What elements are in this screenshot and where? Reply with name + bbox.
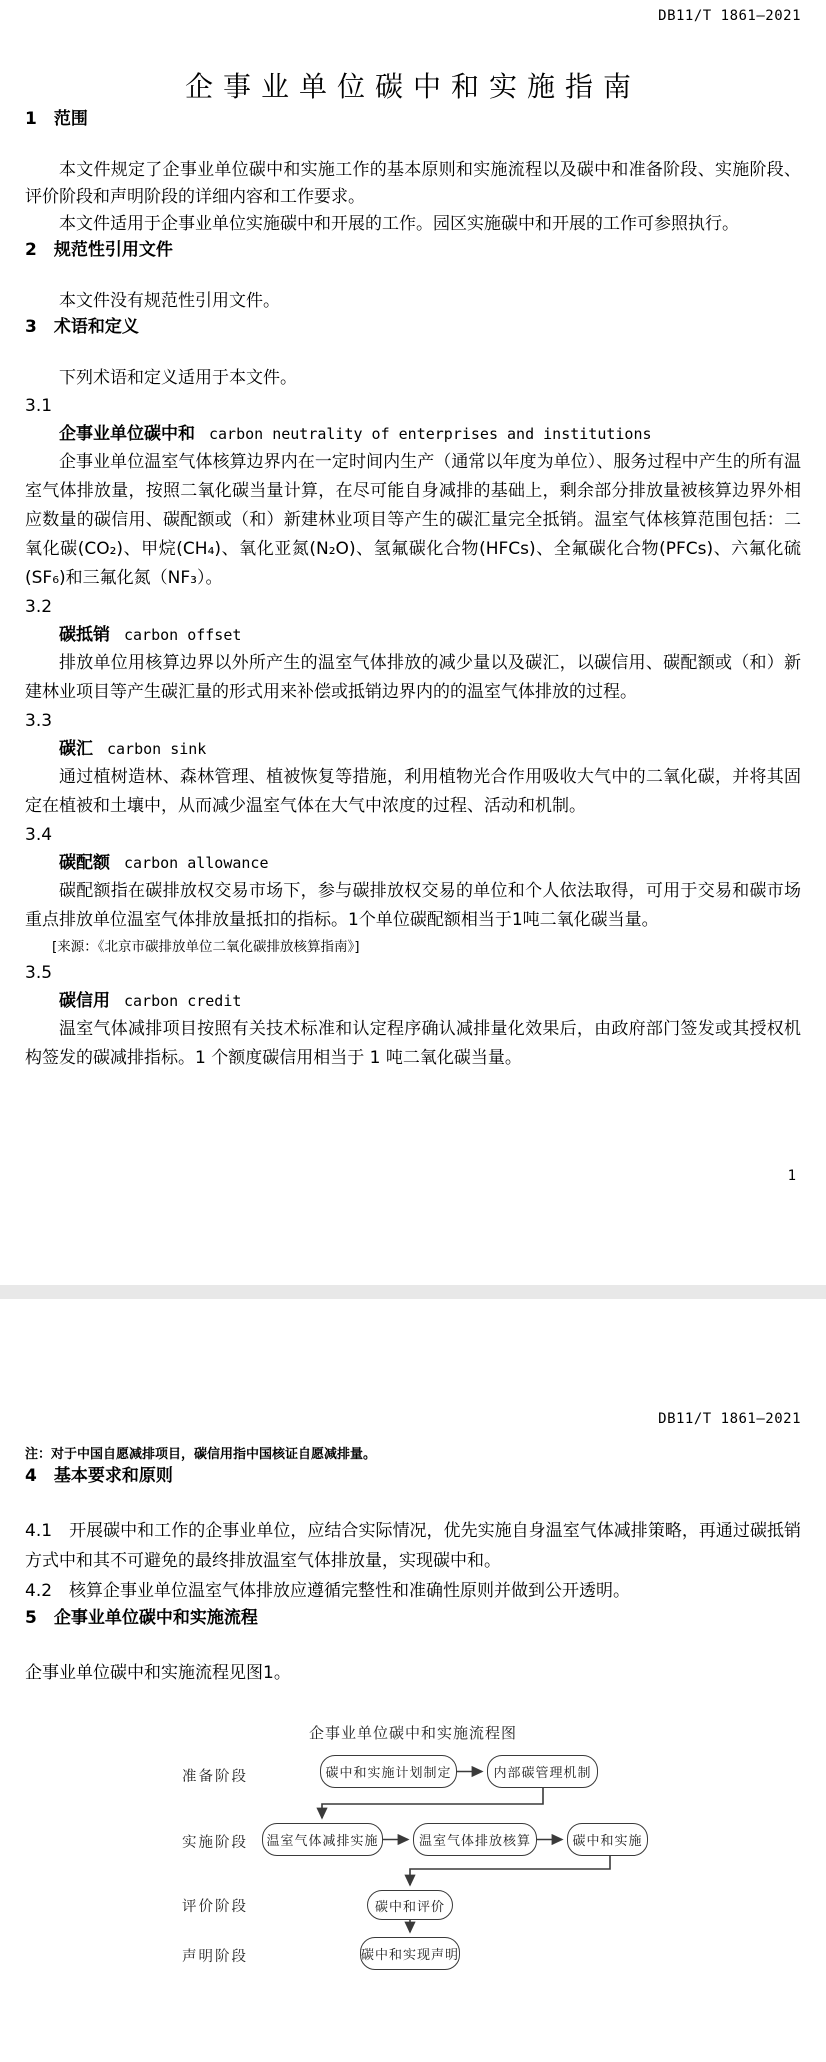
term-3-3-definition: 通过植树造林、森林管理、植被恢复等措施，利用植物光合作用吸收大气中的二氧化碳，并… [25,763,801,821]
term-3-4-number: 3.4 [25,821,801,849]
stage-label-preparation: 准备阶段 [182,1765,252,1786]
section-4-heading: 4 基本要求和原则 [25,1464,801,1488]
flow-box-carbon-neutrality-evaluation: 碳中和评价 [367,1890,453,1920]
section-3-intro: 下列术语和定义适用于本文件。 [25,365,801,392]
term-3-5-en: carbon credit [124,992,241,1010]
stage-label-evaluation: 评价阶段 [182,1895,252,1916]
term-3-1-title: 企事业单位碳中和carbon neutrality of enterprises… [25,420,801,448]
section-3-heading: 3 术语和定义 [25,315,801,339]
term-3-2-title: 碳抵销carbon offset [25,621,801,649]
term-3-3-title: 碳汇carbon sink [25,735,801,763]
stage-label-declaration: 声明阶段 [182,1945,252,1966]
term-3-5-number: 3.5 [25,959,801,987]
stage-label-implementation: 实施阶段 [182,1831,252,1852]
term-3-1-number: 3.1 [25,392,801,420]
section-1-paragraph-2: 本文件适用于企事业单位实施碳中和开展的工作。园区实施碳中和开展的工作可参照执行。 [25,211,801,238]
term-3-4-source: [来源：《北京市碳排放单位二氧化碳排放核算指南》] [52,935,801,959]
flow-box-ghg-emission-accounting: 温室气体排放核算 [413,1823,537,1856]
section-5-intro: 企事业单位碳中和实施流程见图1。 [25,1658,801,1688]
term-3-4-definition: 碳配额指在碳排放权交易市场下，参与碳排放权交易的单位和个人依法取得，可用于交易和… [25,877,801,935]
page1-page-number: 1 [788,1168,796,1184]
term-3-5-definition: 温室气体减排项目按照有关技术标准和认定程序确认减排量化效果后，由政府部门签发或其… [25,1015,801,1073]
flow-box-ghg-reduction-implementation: 温室气体减排实施 [262,1823,383,1856]
term-3-4-zh: 碳配额 [59,853,110,873]
term-3-5-zh: 碳信用 [59,991,110,1011]
document-page-1: DB11/T 1861—2021 企事业单位碳中和实施指南 1 范围 本文件规定… [0,0,826,1285]
document-title: 企事业单位碳中和实施指南 [25,67,801,107]
credit-note: 注：对于中国自愿减排项目，碳信用指中国核证自愿减排量。 [25,1446,801,1464]
flow-box-plan-formulation: 碳中和实施计划制定 [320,1755,457,1788]
term-3-5: 3.5 碳信用carbon credit 温室气体减排项目按照有关技术标准和认定… [25,959,801,1073]
flow-box-carbon-neutrality-implementation: 碳中和实施 [567,1823,648,1856]
carbon-neutrality-flowchart: 企事业单位碳中和实施流程图 准备阶段 实施阶段 评价阶段 声明阶段 碳中和实施计… [0,1714,826,1994]
section-2-heading: 2 规范性引用文件 [25,238,801,262]
term-3-2-en: carbon offset [124,626,241,644]
term-3-1-definition: 企事业单位温室气体核算边界内在一定时间内生产（通常以年度为单位）、服务过程中产生… [25,448,801,593]
term-3-1-zh: 企事业单位碳中和 [59,424,195,444]
term-3-1: 3.1 企事业单位碳中和carbon neutrality of enterpr… [25,392,801,593]
clause-4-1: 4.1 开展碳中和工作的企事业单位，应结合实际情况，优先实施自身温室气体减排策略… [25,1516,801,1576]
term-3-2-number: 3.2 [25,593,801,621]
section-1-paragraph-1: 本文件规定了企事业单位碳中和实施工作的基本原则和实施流程以及碳中和准备阶段、实施… [25,157,801,211]
page-gap-divider [0,1285,826,1299]
term-3-2-definition: 排放单位用核算边界以外所产生的温室气体排放的减少量以及碳汇，以碳信用、碳配额或（… [25,649,801,707]
term-3-3: 3.3 碳汇carbon sink 通过植树造林、森林管理、植被恢复等措施，利用… [25,707,801,821]
term-3-1-en: carbon neutrality of enterprises and ins… [209,425,652,443]
term-3-3-zh: 碳汇 [59,739,93,759]
flow-box-internal-carbon-management: 内部碳管理机制 [487,1755,598,1788]
term-3-4: 3.4 碳配额carbon allowance 碳配额指在碳排放权交易市场下，参… [25,821,801,959]
term-3-3-en: carbon sink [107,740,206,758]
document-page-2: DB11/T 1861—2021 注：对于中国自愿减排项目，碳信用指中国核证自愿… [0,1299,826,2062]
flow-box-carbon-neutrality-declaration: 碳中和实现声明 [360,1937,460,1970]
term-3-4-title: 碳配额carbon allowance [25,849,801,877]
section-1-heading: 1 范围 [25,107,801,131]
page2-header-doc-code: DB11/T 1861—2021 [25,1411,801,1428]
page1-header-doc-code: DB11/T 1861—2021 [25,8,801,25]
term-3-3-number: 3.3 [25,707,801,735]
section-2-paragraph-1: 本文件没有规范性引用文件。 [25,288,801,315]
flowchart-title: 企事业单位碳中和实施流程图 [0,1722,826,1743]
clause-4-2: 4.2 核算企事业单位温室气体排放应遵循完整性和准确性原则并做到公开透明。 [25,1576,801,1606]
term-3-4-en: carbon allowance [124,854,269,872]
term-3-2: 3.2 碳抵销carbon offset 排放单位用核算边界以外所产生的温室气体… [25,593,801,707]
term-3-5-title: 碳信用carbon credit [25,987,801,1015]
section-5-heading: 5 企事业单位碳中和实施流程 [25,1606,801,1630]
term-3-2-zh: 碳抵销 [59,625,110,645]
